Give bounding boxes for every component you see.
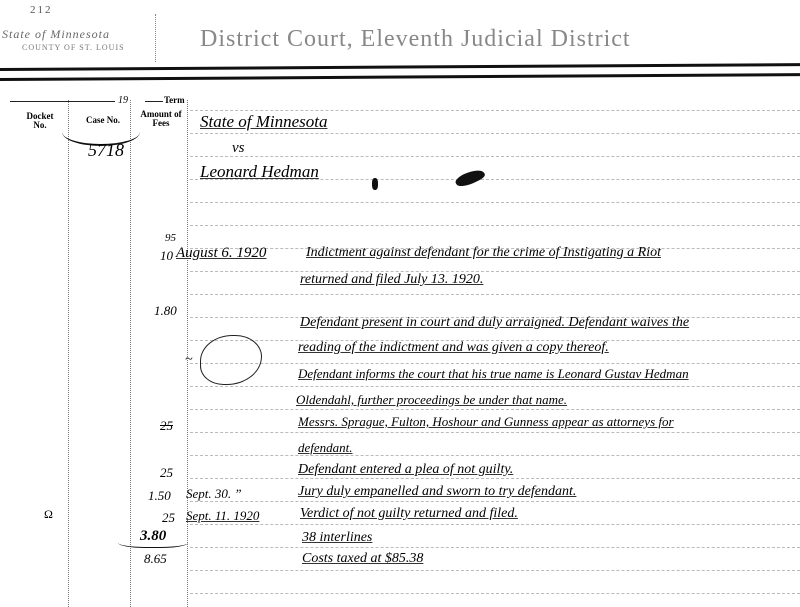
ruled-line	[190, 547, 800, 548]
ruled-line	[190, 156, 800, 157]
ruled-line	[190, 133, 800, 134]
entry-continuation: Oldendahl, further proceedings be under …	[296, 392, 567, 408]
case-number: 5718	[88, 140, 124, 161]
entry-fee: 1.80	[154, 303, 177, 319]
entry-text: Messrs. Sprague, Fulton, Hoshour and Gun…	[298, 414, 674, 430]
ruled-line	[190, 501, 800, 502]
entry-text: Jury duly empanelled and sworn to try de…	[298, 484, 576, 500]
term-blank-line	[145, 101, 163, 102]
entry-text: Verdict of not guilty returned and filed…	[300, 506, 518, 522]
versus: vs	[232, 140, 245, 157]
entry-fee: 25	[160, 418, 173, 434]
entry-text: Defendant entered a plea of not guilty.	[298, 462, 513, 478]
header-brace	[155, 14, 160, 62]
entry-continuation: defendant.	[298, 440, 353, 456]
entry-text: 38 interlines	[302, 530, 372, 546]
entry-fee: 1.50	[148, 488, 171, 504]
term-label: Term	[164, 95, 185, 105]
county-label: COUNTY OF ST. LOUIS	[22, 43, 125, 52]
entry-line-no: 10	[160, 248, 173, 264]
ruled-line	[190, 225, 800, 226]
register-number: 212	[30, 4, 53, 16]
doodle-mark: ~	[185, 352, 193, 368]
header-rule-bottom	[0, 73, 800, 81]
entry-fee: 3.80	[140, 528, 166, 545]
ruled-line	[190, 570, 800, 571]
fees-header: Amount of Fees	[136, 110, 186, 128]
defendant: Leonard Hedman	[200, 162, 319, 182]
column-divider	[68, 100, 69, 607]
entry-date: August 6. 1920	[176, 245, 266, 262]
ruled-line	[190, 294, 800, 295]
entry-continuation: reading of the indictment and was given …	[298, 340, 609, 356]
year-prefix: 19	[118, 95, 128, 106]
docket-no-header: Docket No.	[20, 112, 60, 130]
ruled-line	[190, 202, 800, 203]
entry-text: Indictment against defendant for the cri…	[306, 245, 661, 261]
ruled-line	[190, 432, 800, 433]
ink-blot	[372, 178, 378, 190]
ruled-line	[190, 409, 800, 410]
ruled-line	[190, 110, 800, 111]
plaintiff: State of Minnesota	[200, 112, 327, 132]
entry-fee: 95	[165, 232, 176, 244]
ink-blot	[454, 166, 486, 190]
year-blank-line	[10, 101, 115, 102]
entry-date: Sept. 30. ”	[186, 486, 242, 502]
ruled-line	[190, 478, 800, 479]
ruled-line	[190, 455, 800, 456]
ruled-line	[190, 363, 800, 364]
entry-date: Sept. 11. 1920	[186, 508, 259, 524]
ruled-line	[190, 593, 800, 594]
entry-fee: 25	[162, 510, 175, 526]
ruled-line	[190, 386, 800, 387]
doodle-sketch	[200, 335, 262, 385]
entry-text: Defendant present in court and duly arra…	[300, 315, 689, 331]
ruled-line	[190, 271, 800, 272]
entry-continuation: returned and filed July 13. 1920.	[300, 272, 483, 288]
entry-text: Costs taxed at $85.38	[302, 551, 423, 567]
entry-fee: 8.65	[144, 551, 167, 567]
column-divider	[130, 100, 131, 607]
state-label: State of Minnesota	[2, 27, 110, 42]
entry-fee: 25	[160, 465, 173, 481]
marginal-mark: Ω	[44, 507, 53, 522]
entry-text: Defendant informs the court that his tru…	[298, 366, 689, 382]
header-rule-top	[0, 63, 800, 71]
court-title: District Court, Eleventh Judicial Distri…	[200, 26, 631, 53]
ruled-line	[190, 524, 800, 525]
